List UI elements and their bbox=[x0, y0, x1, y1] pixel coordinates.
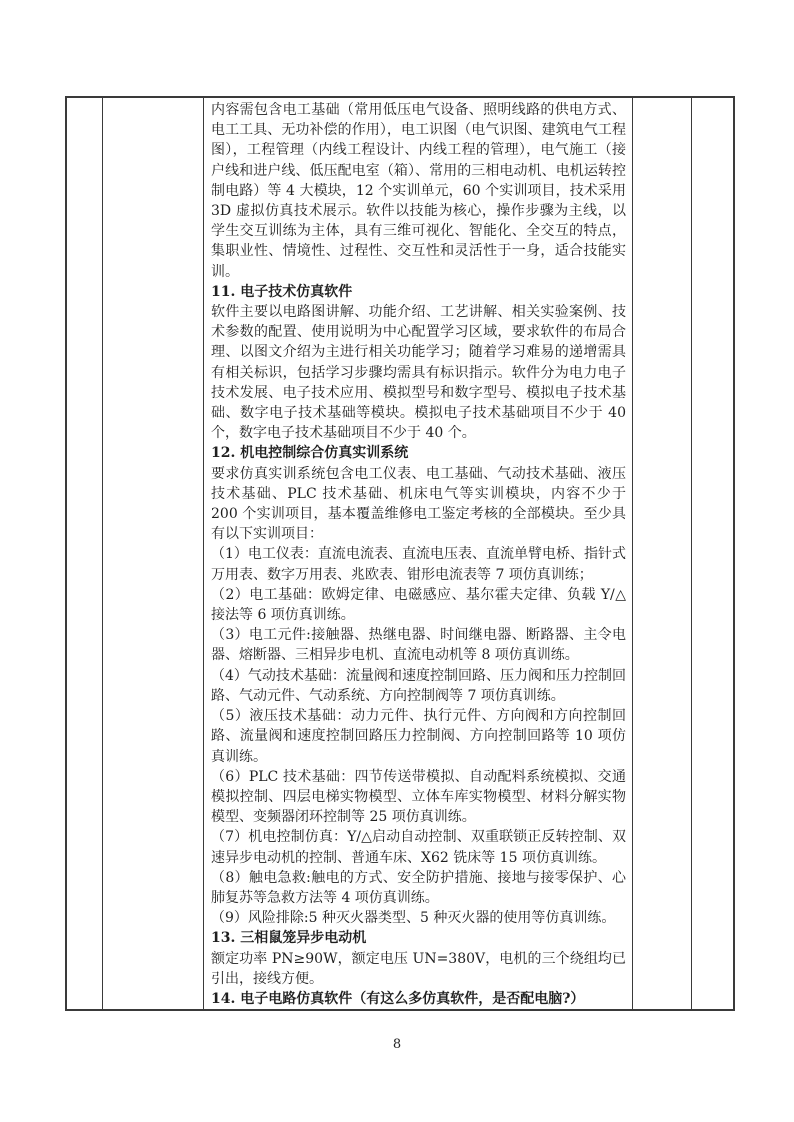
spec-paragraph: （2）电工基础：欧姆定律、电磁感应、基尔霍夫定律、负载 Y/△接法等 6 项仿真… bbox=[211, 585, 626, 625]
spec-paragraph: 额定功率 PN≥90W，额定电压 UN=380V，电机的三个绕组均已引出，接线方… bbox=[211, 949, 626, 989]
spec-paragraph: （4）气动技术基础：流量阀和速度控制回路、压力阀和压力控制回路、气动元件、气动系… bbox=[211, 666, 626, 706]
spec-cell: 内容需包含电工基础（常用低压电气设备、照明线路的供电方式、电工工具、无功补偿的作… bbox=[204, 98, 633, 1009]
table-cell-empty-2 bbox=[103, 98, 204, 1009]
spec-heading: 12. 机电控制综合仿真实训系统 bbox=[211, 443, 626, 463]
spec-heading: 13. 三相鼠笼异步电动机 bbox=[211, 928, 626, 948]
spec-paragraph: （6）PLC 技术基础：四节传送带模拟、自动配料系统模拟、交通模拟控制、四层电梯… bbox=[211, 767, 626, 828]
table-cell-empty-1 bbox=[67, 98, 103, 1009]
spec-paragraph: （8）触电急救:触电的方式、安全防护措施、接地与接零保护、心肺复苏等急救方法等 … bbox=[211, 868, 626, 908]
spec-paragraph: 要求仿真实训系统包含电工仪表、电工基础、气动技术基础、液压技术基础、PLC 技术… bbox=[211, 464, 626, 545]
spec-heading: 14. 电子电路仿真软件（有这么多仿真软件，是否配电脑?） bbox=[211, 989, 626, 1009]
spec-paragraph: （5）液压技术基础：动力元件、执行元件、方向阀和方向控制回路、流量阀和速度控制回… bbox=[211, 706, 626, 767]
document-page: 内容需包含电工基础（常用低压电气设备、照明线路的供电方式、电工工具、无功补偿的作… bbox=[0, 0, 794, 1122]
spec-paragraph: （7）机电控制仿真：Y/△启动自动控制、双重联锁正反转控制、双速异步电动机的控制… bbox=[211, 827, 626, 867]
spec-table: 内容需包含电工基础（常用低压电气设备、照明线路的供电方式、电工工具、无功补偿的作… bbox=[65, 96, 735, 1011]
spec-paragraph: （1）电工仪表：直流电流表、直流电压表、直流单臂电桥、指针式万用表、数字万用表、… bbox=[211, 544, 626, 584]
spec-paragraph: （9）风险排除:5 种灭火器类型、5 种灭火器的使用等仿真训练。 bbox=[211, 908, 626, 928]
spec-paragraph: （3）电工元件:接触器、热继电器、时间继电器、断路器、主令电器、熔断器、三相异步… bbox=[211, 625, 626, 665]
table-cell-empty-3 bbox=[633, 98, 692, 1009]
spec-paragraph: 内容需包含电工基础（常用低压电气设备、照明线路的供电方式、电工工具、无功补偿的作… bbox=[211, 100, 626, 282]
spec-paragraph: 软件主要以电路图讲解、功能介绍、工艺讲解、相关实验案例、技术参数的配置、使用说明… bbox=[211, 302, 626, 443]
table-cell-empty-4 bbox=[692, 98, 733, 1009]
page-number: 8 bbox=[0, 1037, 794, 1052]
spec-heading: 11. 电子技术仿真软件 bbox=[211, 282, 626, 302]
